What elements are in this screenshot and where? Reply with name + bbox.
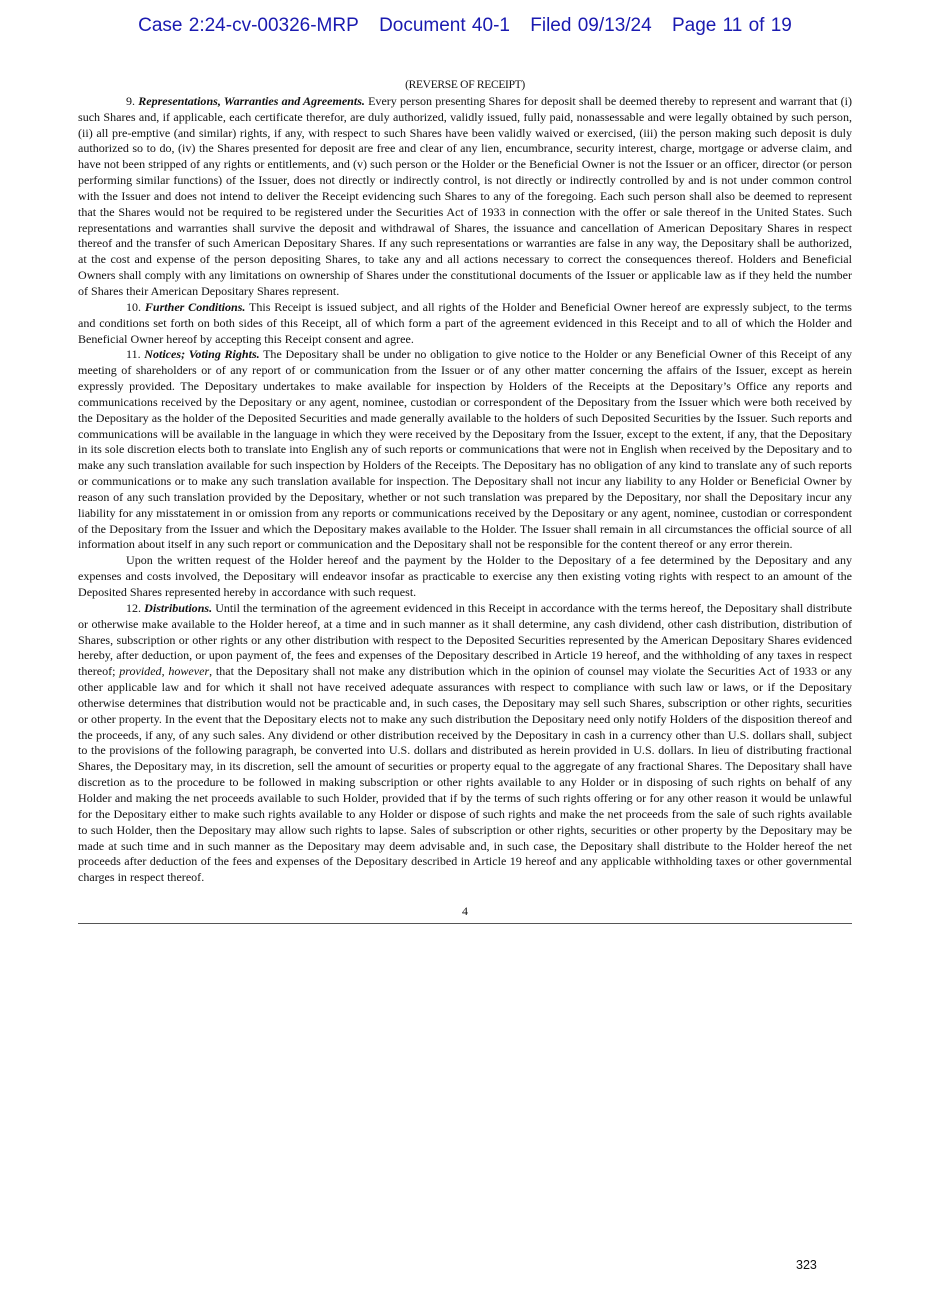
section-heading: Notices; Voting Rights.	[144, 347, 259, 361]
filed-date: Filed 09/13/24	[530, 15, 651, 36]
section-11: 11. Notices; Voting Rights. The Deposita…	[78, 347, 852, 553]
section-number: 9.	[126, 94, 135, 108]
document-body: (REVERSE OF RECEIPT) 9. Representations,…	[78, 78, 852, 924]
document-number: Document 40-1	[379, 15, 510, 36]
page-number: 4	[78, 904, 852, 920]
bates-number: 323	[796, 1258, 817, 1272]
section-heading: Further Conditions.	[145, 300, 246, 314]
section-11-voting-paragraph: Upon the written request of the Holder h…	[78, 553, 852, 601]
case-number: Case 2:24-cv-00326-MRP	[138, 15, 359, 36]
case-header: Case 2:24-cv-00326-MRP Document 40-1 Fil…	[0, 15, 930, 37]
italic-provided: provided	[119, 664, 161, 678]
document-title: (REVERSE OF RECEIPT)	[78, 78, 852, 94]
section-body: The Depositary shall be under no obligat…	[78, 347, 852, 551]
section-number: 11.	[126, 347, 141, 361]
section-body: Every person presenting Shares for depos…	[78, 94, 852, 298]
section-body: Upon the written request of the Holder h…	[78, 553, 852, 599]
section-10: 10. Further Conditions. This Receipt is …	[78, 300, 852, 348]
section-number: 12.	[126, 601, 141, 615]
section-body-continued: , that the Depositary shall not make any…	[78, 664, 852, 884]
footer-divider	[78, 923, 852, 924]
italic-however: however	[168, 664, 209, 678]
section-number: 10.	[126, 300, 141, 314]
section-12: 12. Distributions. Until the termination…	[78, 601, 852, 886]
section-heading: Representations, Warranties and Agreemen…	[138, 94, 365, 108]
section-9: 9. Representations, Warranties and Agree…	[78, 94, 852, 300]
section-heading: Distributions.	[144, 601, 212, 615]
page-indicator: Page 11 of 19	[672, 15, 792, 36]
